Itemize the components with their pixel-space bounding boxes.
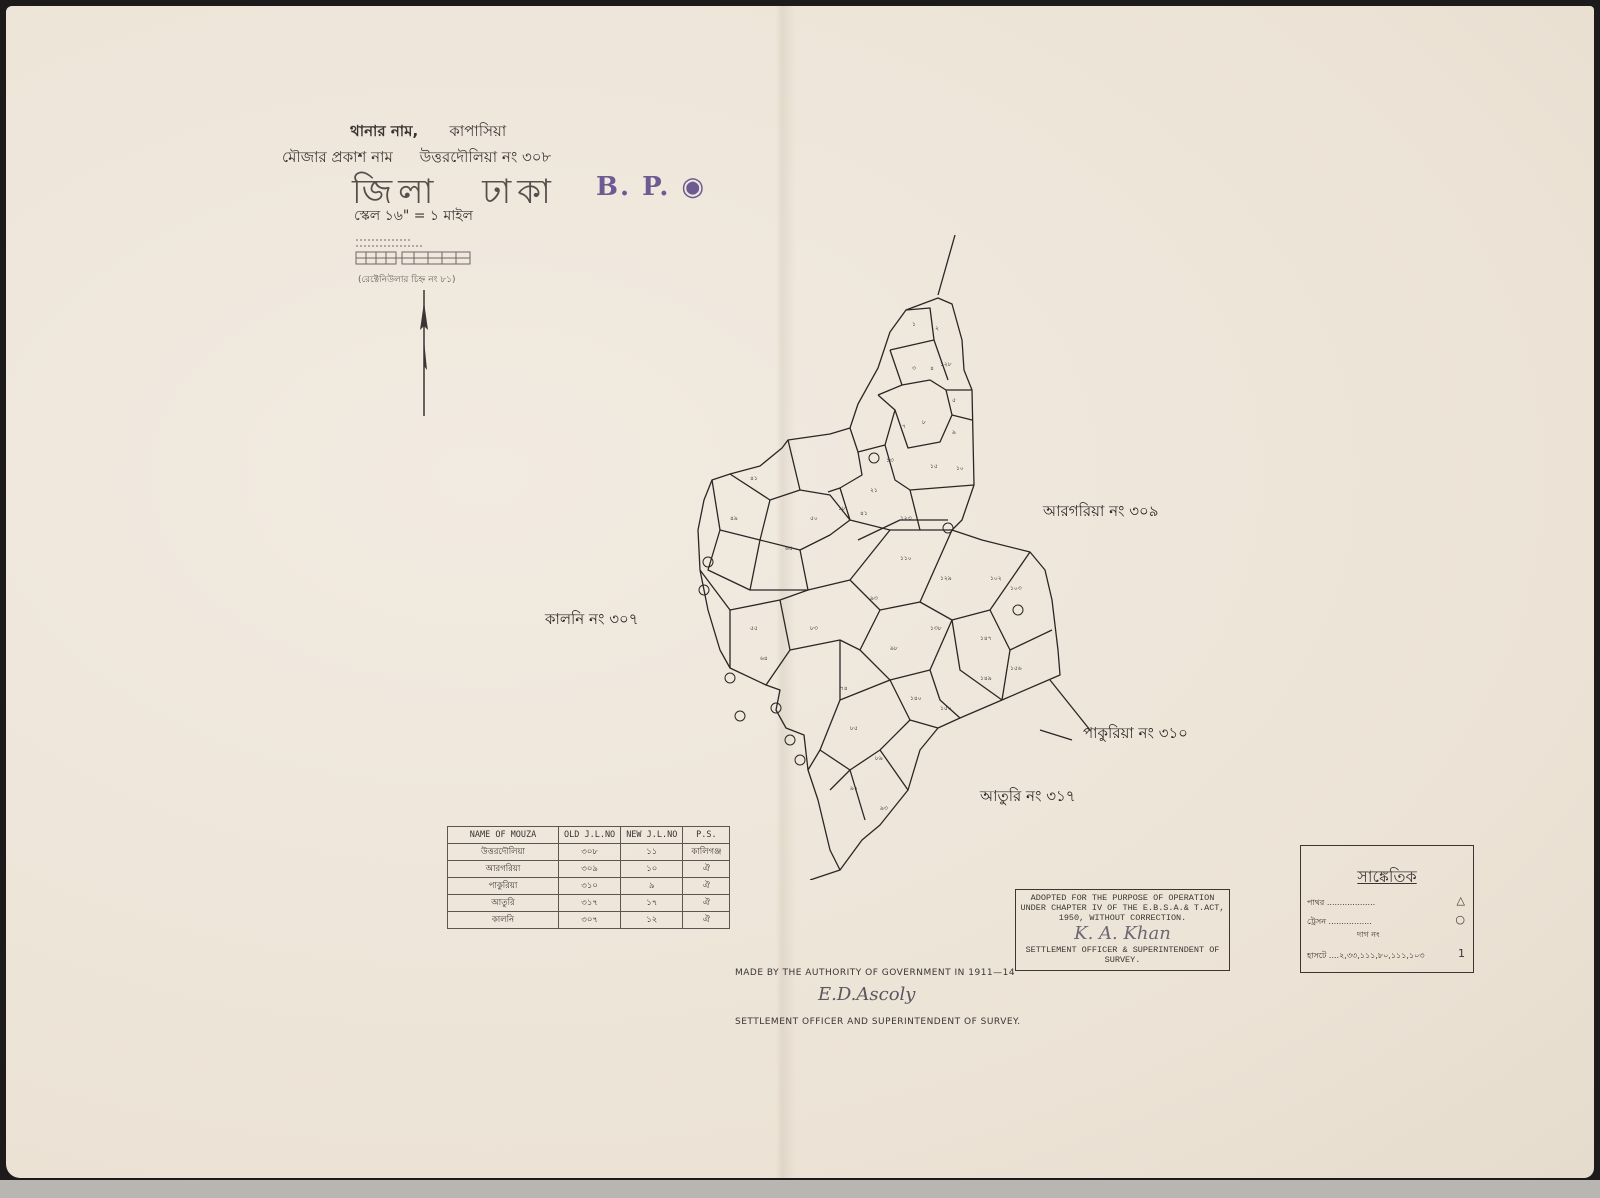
cell: ঐ — [683, 861, 730, 878]
svg-text:১৫০: ১৫০ — [940, 705, 952, 712]
svg-text:৮৩: ৮৩ — [810, 625, 818, 632]
legend-label: ট্রেসন ................. — [1307, 917, 1372, 926]
table-row: পাকুরিয়া ৩১০ ৯ ঐ — [448, 878, 730, 895]
svg-text:১৪৯: ১৪৯ — [980, 675, 992, 682]
legend-title: সাঙ্কেতিক — [1301, 864, 1473, 891]
svg-text:৯৩: ৯৩ — [880, 805, 888, 812]
authority-officer: SETTLEMENT OFFICER AND SUPERINTENDENT OF… — [735, 1017, 1021, 1027]
cell: ১১ — [621, 844, 683, 861]
svg-text:১০৩: ১০৩ — [1010, 585, 1022, 592]
cell: ১০ — [621, 861, 683, 878]
thana-value: কাপাসিয়া — [449, 122, 506, 140]
svg-text:১২৮: ১২৮ — [940, 361, 952, 368]
mouza-label: মৌজার প্রকাশ নাম — [282, 148, 393, 166]
cell: ১২ — [621, 912, 683, 929]
legend-box: সাঙ্কেতিক পাথর ................... △ ট্র… — [1300, 845, 1474, 973]
cadastral-map: ১২ ৩৪১২৮ ৭৮৫৯ ১৩১৫১০ ২১৪১১৮ ৪১৫০১২৩ ৪৯৬৫… — [690, 230, 1110, 880]
bpo-stamp: B. P. ◉ — [596, 172, 706, 202]
svg-text:৩: ৩ — [912, 365, 916, 372]
triangle-icon: △ — [1457, 894, 1465, 907]
svg-text:১: ১ — [912, 321, 916, 328]
legend-item: ট্রেসন ................. ○ — [1307, 916, 1473, 929]
col-old-jl: OLD J.L.NO — [559, 827, 621, 844]
circle-icon: ○ — [1455, 913, 1465, 926]
svg-text:১৩: ১৩ — [886, 457, 894, 464]
svg-text:৬৪: ৬৪ — [760, 655, 768, 662]
svg-text:৬৫: ৬৫ — [785, 545, 793, 552]
table-row: কালনি ৩০৭ ১২ ঐ — [448, 912, 730, 929]
legend-item: দাগ নং — [1357, 929, 1473, 942]
table-row: আতুরি ৩১৭ ১৭ ঐ — [448, 895, 730, 912]
legend-label: দাগ নং — [1357, 930, 1380, 939]
authority-signature: E.D.Ascoly — [818, 984, 915, 1005]
svg-text:১০: ১০ — [956, 465, 964, 472]
adoption-footer: SETTLEMENT OFFICER & SUPERINTENDENT OF S… — [1016, 945, 1229, 965]
svg-text:৮৫: ৮৫ — [850, 725, 858, 732]
svg-text:৯৮: ৯৮ — [890, 645, 898, 652]
legend-label: হাসটে ....২,৩৩,১১১,৮০,১১১,১০৩ — [1307, 951, 1425, 960]
svg-text:১৫: ১৫ — [930, 463, 938, 470]
cell: ৩০৯ — [559, 861, 621, 878]
svg-text:৫: ৫ — [952, 397, 956, 404]
legend-label: পাথর ................... — [1307, 898, 1375, 907]
table-header-row: NAME OF MOUZA OLD J.L.NO NEW J.L.NO P.S. — [448, 827, 730, 844]
neighbor-label-kalni: কালনি নং ৩০৭ — [545, 608, 638, 633]
col-ps: P.S. — [683, 827, 730, 844]
cell: আরগরিয়া — [448, 861, 559, 878]
cell: ঐ — [683, 912, 730, 929]
svg-text:১১০: ১১০ — [900, 555, 912, 562]
cell: উত্তরদৌলিয়া — [448, 844, 559, 861]
scale-bar — [352, 238, 496, 268]
north-arrow-icon — [418, 290, 430, 416]
cell: কালনি — [448, 912, 559, 929]
scale-text: স্কেল ১৬" = ১ মাইল — [354, 204, 473, 228]
svg-text:৮৯: ৮৯ — [875, 755, 883, 762]
district-value: ঢাকা — [482, 172, 557, 212]
svg-text:১৪৭: ১৪৭ — [980, 635, 992, 642]
cell: ৩০৭ — [559, 912, 621, 929]
cell: ৩১০ — [559, 878, 621, 895]
cell: ৩১৭ — [559, 895, 621, 912]
svg-text:১২৯: ১২৯ — [940, 575, 952, 582]
thana-label: থানার নাম — [350, 122, 412, 140]
svg-text:১৮: ১৮ — [838, 505, 846, 512]
svg-text:৯৩: ৯৩ — [870, 595, 878, 602]
svg-text:৭৪: ৭৪ — [840, 685, 848, 692]
cell: পাকুরিয়া — [448, 878, 559, 895]
adoption-line-3: 1950, WITHOUT CORRECTION. — [1016, 913, 1229, 923]
cell: ঐ — [683, 878, 730, 895]
svg-text:৫০: ৫০ — [810, 515, 818, 522]
svg-text:১৩৮: ১৩৮ — [930, 625, 942, 632]
svg-text:৪৯: ৪৯ — [730, 515, 738, 522]
table-row: উত্তরদৌলিয়া ৩০৮ ১১ কালিগঞ্জ — [448, 844, 730, 861]
legend-item: পাথর ................... △ — [1307, 897, 1473, 910]
cell: ৯ — [621, 878, 683, 895]
cell: আতুরি — [448, 895, 559, 912]
cell: ঐ — [683, 895, 730, 912]
adoption-line-2: UNDER CHAPTER IV OF THE E.B.S.A.& T.ACT, — [1016, 903, 1229, 913]
legend-item: হাসটে ....২,৩৩,১১১,৮০,১১১,১০৩ 1 — [1307, 950, 1473, 963]
neighbor-label-aturi: আতুরি নং ৩১৭ — [980, 785, 1075, 810]
table-row: আরগরিয়া ৩০৯ ১০ ঐ — [448, 861, 730, 878]
svg-text:৪১: ৪১ — [750, 475, 758, 482]
made-by-text: MADE BY THE AUTHORITY OF GOVERNMENT IN 1… — [735, 968, 1015, 978]
svg-text:৯: ৯ — [952, 429, 956, 436]
scanner-strip — [0, 1180, 1600, 1198]
neighbor-label-pakuria: পাকুরিয়া নং ৩১০ — [1083, 722, 1188, 747]
svg-text:২: ২ — [935, 325, 939, 332]
scale-note: (রেক্টেনিউলার চিহ্ন নং ৮১) — [358, 272, 456, 287]
adoption-box: ADOPTED FOR THE PURPOSE OF OPERATION UND… — [1015, 889, 1230, 971]
svg-text:৮: ৮ — [922, 419, 926, 426]
cell: ৩০৮ — [559, 844, 621, 861]
svg-text:১৪০: ১৪০ — [910, 695, 922, 702]
cell: কালিগঞ্জ — [683, 844, 730, 861]
mouza-table: NAME OF MOUZA OLD J.L.NO NEW J.L.NO P.S.… — [447, 826, 730, 929]
cell: ১৭ — [621, 895, 683, 912]
neighbor-label-argoria: আরগরিয়া নং ৩০৯ — [1043, 500, 1159, 525]
svg-text:৯১: ৯১ — [850, 785, 858, 792]
svg-text:৫৫: ৫৫ — [750, 625, 758, 632]
mouza-value: উত্তরদৌলিয়া নং ৩০৮ — [420, 148, 552, 166]
adoption-line-1: ADOPTED FOR THE PURPOSE OF OPERATION — [1016, 893, 1229, 903]
plot-number-icon: 1 — [1458, 947, 1465, 960]
svg-text:৪১: ৪১ — [860, 510, 868, 517]
svg-text:৪: ৪ — [930, 365, 934, 372]
svg-text:১০২: ১০২ — [990, 575, 1002, 582]
adoption-signature: K. A. Khan — [1016, 923, 1229, 945]
col-new-jl: NEW J.L.NO — [621, 827, 683, 844]
svg-text:১২৩: ১২৩ — [900, 515, 912, 522]
thana-line: থানার নাম, কাপাসিয়া — [350, 120, 506, 145]
svg-text:১৫৬: ১৫৬ — [1010, 665, 1022, 672]
svg-text:৭: ৭ — [902, 423, 906, 430]
col-name: NAME OF MOUZA — [448, 827, 559, 844]
svg-text:২১: ২১ — [870, 487, 878, 494]
